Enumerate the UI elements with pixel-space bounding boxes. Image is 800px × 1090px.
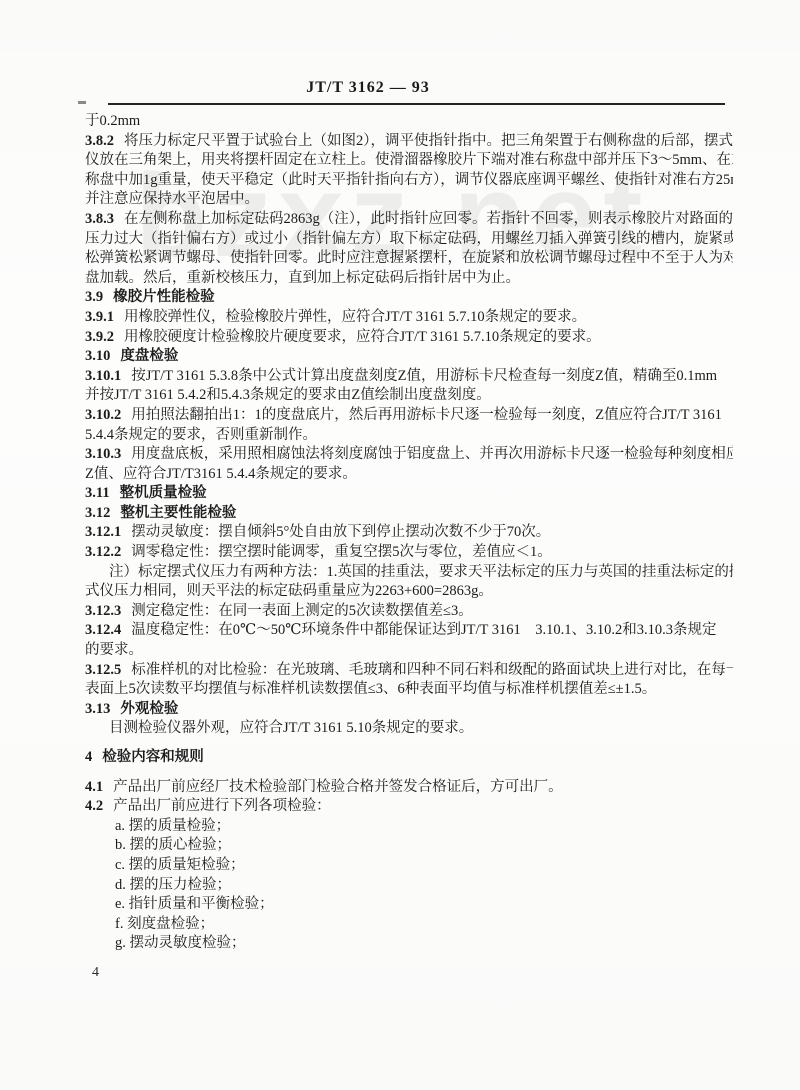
text-line: 3.12.1摆动灵敏度：摆自倾斜5°处自由放下到停止摆动次数不少于70次。 xyxy=(85,523,733,543)
text-line: Z值、应符合JT/T3161 5.4.4条规定的要求。 xyxy=(85,465,733,485)
line-text: 称盘中加1g重量，使天平稳定（此时天平指针指向右方），调节仪器底座调平螺丝、使指… xyxy=(85,172,733,188)
text-line: 3.8.3在左侧称盘上加标定砝码2863g（注），此时指针应回零。若指针不回零，… xyxy=(85,210,733,230)
line-text: 标准样机的对比检验：在光玻璃、毛玻璃和四种不同石料和级配的路面试块上进行对比，在… xyxy=(131,662,733,678)
text-line: 4检验内容和规则 xyxy=(85,748,733,768)
text-line: 3.12.3测定稳定性：在同一表面上测定的5次读数摆值差≤3。 xyxy=(85,602,733,622)
text-line: 并注意应保持水平泡居中。 xyxy=(85,190,733,210)
page-header: JT/T 3162 — 93 xyxy=(0,79,736,97)
line-text: 的要求。 xyxy=(85,642,143,658)
line-text: c. 摆的质量矩检验； xyxy=(115,857,245,873)
clause-number: 4.2 xyxy=(85,798,103,814)
line-text: 将压力标定尺平置于试验台上（如图2），调平使指针指中。把三角架置于右侧称盘的后部… xyxy=(124,133,733,149)
text-line: 称盘中加1g重量，使天平稳定（此时天平指针指向右方），调节仪器底座调平螺丝、使指… xyxy=(85,171,733,191)
clause-number: 3.12.5 xyxy=(85,662,121,678)
clause-number: 4.1 xyxy=(85,779,103,795)
text-line: 4.2产品出厂前应进行下列各项检验： xyxy=(85,797,733,817)
text-line: 目测检验仪器外观，应符合JT/T 3161 5.10条规定的要求。 xyxy=(85,719,733,739)
line-text: e. 指针质量和平衡检验； xyxy=(115,896,274,912)
clause-number: 3.10.3 xyxy=(85,446,121,462)
clause-number: 3.11 xyxy=(85,485,110,501)
text-line: 3.10.3用度盘底板，采用照相腐蚀法将刻度腐蚀于铝度盘上、并再次用游标卡尺逐一… xyxy=(85,445,733,465)
clause-number: 3.12.3 xyxy=(85,603,121,619)
line-text: g. 摆动灵敏度检验； xyxy=(115,935,246,951)
line-text: 用橡胶弹性仪，检验橡胶片弹性，应符合JT/T 3161 5.7.10条规定的要求… xyxy=(124,309,586,325)
header-rule xyxy=(108,103,725,105)
text-line: g. 摆动灵敏度检验； xyxy=(85,934,733,954)
line-text: 度盘检验 xyxy=(120,348,178,364)
line-text: 在左侧称盘上加标定砝码2863g（注），此时指针应回零。若指针不回零，则表示橡胶… xyxy=(124,211,733,227)
clause-number: 3.9.1 xyxy=(85,309,114,325)
text-line: 的要求。 xyxy=(85,641,733,661)
text-line: 3.12.5标准样机的对比检验：在光玻璃、毛玻璃和四种不同石料和级配的路面试块上… xyxy=(85,661,733,681)
text-line: 注）标定摆式仪压力有两种方法：1.英国的挂重法，要求天平法标定的压力与英国的挂重… xyxy=(85,563,733,583)
text-line: 3.9橡胶片性能检验 xyxy=(85,288,733,308)
line-text: 并注意应保持水平泡居中。 xyxy=(85,191,259,207)
margin-tick xyxy=(78,101,86,104)
line-text: 盘加载。然后，重新校核压力，直到加上标定砝码后指针居中为止。 xyxy=(85,270,520,286)
line-text: 目测检验仪器外观，应符合JT/T 3161 5.10条规定的要求。 xyxy=(109,720,473,736)
line-text: 注）标定摆式仪压力有两种方法：1.英国的挂重法，要求天平法标定的压力与英国的挂重… xyxy=(109,564,733,580)
text-line: 表面上5次读数平均摆值与标准样机读数摆值≤3、6种表面平均值与标准样机摆值差≤±… xyxy=(85,680,733,700)
text-line: 3.12.2调零稳定性：摆空摆时能调零，重复空摆5次与零位，差值应＜1。 xyxy=(85,543,733,563)
text-line: 5.4.4条规定的要求，否则重新制作。 xyxy=(85,426,733,446)
text-line: 3.10度盘检验 xyxy=(85,347,733,367)
line-text: Z值、应符合JT/T3161 5.4.4条规定的要求。 xyxy=(85,466,357,482)
line-text: 松弹簧松紧调节螺母、使指针回零。此时应注意握紧摆杆，在旋紧和放松调节螺母过程中不… xyxy=(85,250,733,266)
text-line: 压力过大（指针偏右方）或过小（指针偏左方）取下标定砝码，用螺丝刀插入弹簧引线的槽… xyxy=(85,230,733,250)
text-line: f. 刻度盘检验； xyxy=(85,915,733,935)
text-line: 仪放在三角架上，用夹将摆杆固定在立柱上。使滑溜器橡胶片下端对准右称盘中部并压下3… xyxy=(85,151,733,171)
line-text: 式仪压力相同，则天平法的标定砝码重量应为2263+600=2863g。 xyxy=(85,583,493,599)
line-text: 按JT/T 3161 5.3.8条中公式计算出度盘刻度Z值，用游标卡尺检查每一刻… xyxy=(131,368,717,384)
text-line: 3.10.1按JT/T 3161 5.3.8条中公式计算出度盘刻度Z值，用游标卡… xyxy=(85,367,733,387)
line-text: a. 摆的质量检验； xyxy=(115,818,230,834)
text-line: 式仪压力相同，则天平法的标定砝码重量应为2263+600=2863g。 xyxy=(85,582,733,602)
clause-number: 3.12 xyxy=(85,505,110,521)
text-line: 3.9.1用橡胶弹性仪，检验橡胶片弹性，应符合JT/T 3161 5.7.10条… xyxy=(85,308,733,328)
clause-number: 3.8.2 xyxy=(85,133,114,149)
line-text: b. 摆的质心检验； xyxy=(115,837,231,853)
text-line: 3.13外观检验 xyxy=(85,700,733,720)
line-text: f. 刻度盘检验； xyxy=(115,916,214,932)
clause-number: 3.10 xyxy=(85,348,110,364)
text-line: 松弹簧松紧调节螺母、使指针回零。此时应注意握紧摆杆，在旋紧和放松调节螺母过程中不… xyxy=(85,249,733,269)
line-text: 用橡胶硬度计检验橡胶片硬度要求，应符合JT/T 3161 5.7.10条规定的要… xyxy=(124,329,601,345)
line-text: 外观检验 xyxy=(120,701,178,717)
clause-number: 3.10.1 xyxy=(85,368,121,384)
text-line: 3.12.4温度稳定性：在0℃～50℃环境条件中都能保证达到JT/T 3161 … xyxy=(85,621,733,641)
text-line: 于0.2mm xyxy=(85,112,733,132)
line-text: 测定稳定性：在同一表面上测定的5次读数摆值差≤3。 xyxy=(131,603,472,619)
line-text: 5.4.4条规定的要求，否则重新制作。 xyxy=(85,427,317,443)
clause-number: 3.8.3 xyxy=(85,211,114,227)
clause-number: 3.10.2 xyxy=(85,407,121,423)
document-page: bzxz.net JT/T 3162 — 93 于0.2mm3.8.2将压力标定… xyxy=(0,0,800,1090)
line-text: 调零稳定性：摆空摆时能调零，重复空摆5次与零位，差值应＜1。 xyxy=(131,544,552,560)
clause-number: 3.12.2 xyxy=(85,544,121,560)
clause-number: 3.9.2 xyxy=(85,329,114,345)
line-text: 压力过大（指针偏右方）或过小（指针偏左方）取下标定砝码，用螺丝刀插入弹簧引线的槽… xyxy=(85,231,733,247)
line-text: d. 摆的压力检验； xyxy=(115,877,231,893)
line-text: 于0.2mm xyxy=(85,113,140,129)
document-body: 于0.2mm3.8.2将压力标定尺平置于试验台上（如图2），调平使指针指中。把三… xyxy=(85,112,733,954)
line-text: 整机质量检验 xyxy=(120,485,207,501)
line-text: 产品出厂前应经厂技术检验部门检验合格并签发合格证后，方可出厂。 xyxy=(113,779,563,795)
text-line: 3.12整机主要性能检验 xyxy=(85,504,733,524)
line-text: 用拍照法翻拍出1：1的度盘底片，然后再用游标卡尺逐一检验每一刻度，Z值应符合JT… xyxy=(131,407,722,423)
line-text: 仪放在三角架上，用夹将摆杆固定在立柱上。使滑溜器橡胶片下端对准右称盘中部并压下3… xyxy=(85,152,733,168)
line-text: 并按JT/T 3161 5.4.2和5.4.3条规定的要求由Z值绘制出度盘刻度。 xyxy=(85,387,491,403)
line-text: 橡胶片性能检验 xyxy=(113,289,215,305)
line-text: 摆动灵敏度：摆自倾斜5°处自由放下到停止摆动次数不少于70次。 xyxy=(131,524,550,540)
text-line: 3.9.2用橡胶硬度计检验橡胶片硬度要求，应符合JT/T 3161 5.7.10… xyxy=(85,328,733,348)
clause-number: 4 xyxy=(85,749,92,765)
text-line: d. 摆的压力检验； xyxy=(85,876,733,896)
clause-number: 3.12.1 xyxy=(85,524,121,540)
clause-number: 3.9 xyxy=(85,289,103,305)
text-line: 盘加载。然后，重新校核压力，直到加上标定砝码后指针居中为止。 xyxy=(85,269,733,289)
line-text: 温度稳定性：在0℃～50℃环境条件中都能保证达到JT/T 3161 3.10.1… xyxy=(131,622,716,638)
clause-number: 3.12.4 xyxy=(85,622,121,638)
text-line: c. 摆的质量矩检验； xyxy=(85,856,733,876)
text-line: e. 指针质量和平衡检验； xyxy=(85,895,733,915)
text-line: 4.1产品出厂前应经厂技术检验部门检验合格并签发合格证后，方可出厂。 xyxy=(85,778,733,798)
line-text: 整机主要性能检验 xyxy=(120,505,236,521)
text-line: 3.8.2将压力标定尺平置于试验台上（如图2），调平使指针指中。把三角架置于右侧… xyxy=(85,132,733,152)
page-number: 4 xyxy=(92,965,99,981)
text-line: a. 摆的质量检验； xyxy=(85,817,733,837)
text-line: 3.11整机质量检验 xyxy=(85,484,733,504)
line-text: 用度盘底板，采用照相腐蚀法将刻度腐蚀于铝度盘上、并再次用游标卡尺逐一检验每种刻度… xyxy=(131,446,733,462)
text-line: 并按JT/T 3161 5.4.2和5.4.3条规定的要求由Z值绘制出度盘刻度。 xyxy=(85,386,733,406)
line-text: 检验内容和规则 xyxy=(102,749,204,765)
line-text: 产品出厂前应进行下列各项检验： xyxy=(113,798,331,814)
clause-number: 3.13 xyxy=(85,701,110,717)
text-line: b. 摆的质心检验； xyxy=(85,836,733,856)
text-line: 3.10.2用拍照法翻拍出1：1的度盘底片，然后再用游标卡尺逐一检验每一刻度，Z… xyxy=(85,406,733,426)
line-text: 表面上5次读数平均摆值与标准样机读数摆值≤3、6种表面平均值与标准样机摆值差≤±… xyxy=(85,681,656,697)
